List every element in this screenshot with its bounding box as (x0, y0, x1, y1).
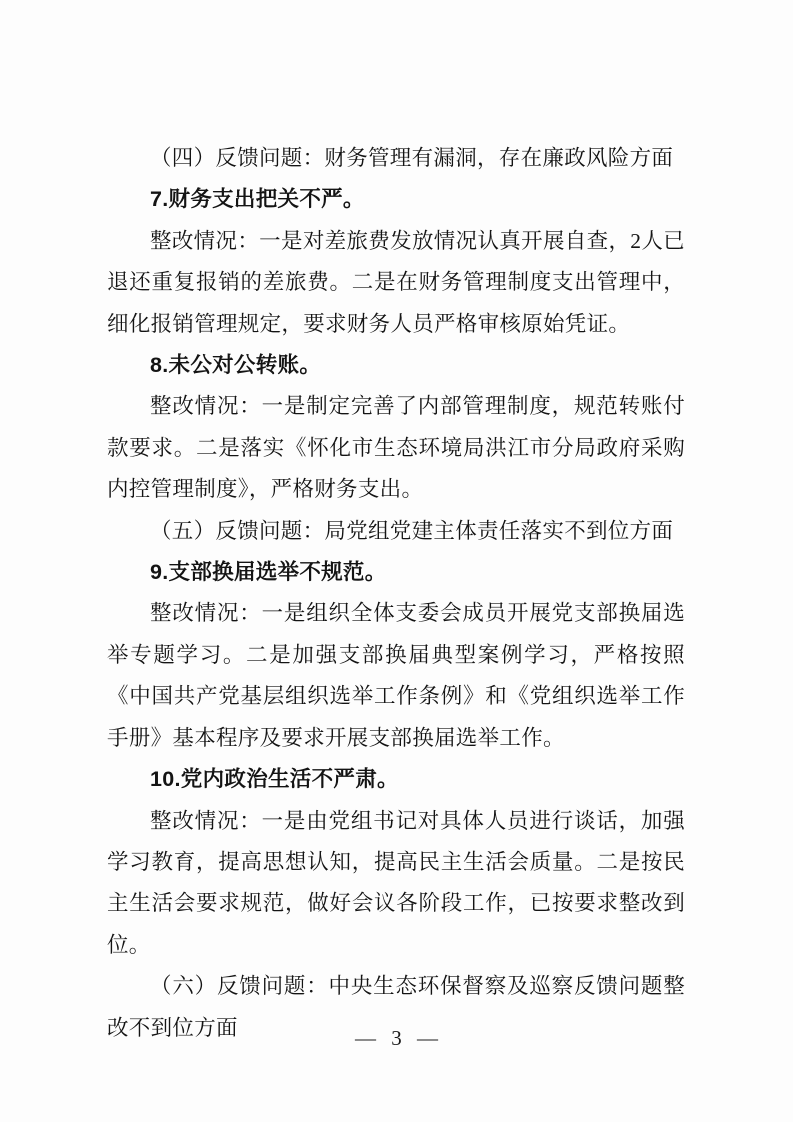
body-paragraph-7: 整改情况：一是对差旅费发放情况认真开展自查，2人已退还重复报销的差旅费。二是在财… (107, 221, 685, 345)
section-heading-5: （五）反馈问题：局党组党建主体责任落实不到位方面 (107, 511, 685, 552)
body-paragraph-8: 整改情况：一是制定完善了内部管理制度，规范转账付款要求。二是落实《怀化市生态环境… (107, 386, 685, 510)
page-number: — 3 — (0, 1024, 793, 1052)
body-paragraph-9: 整改情况：一是组织全体支委会成员开展党支部换届选举专题学习。二是加强支部换届典型… (107, 593, 685, 759)
document-body: （四）反馈问题：财务管理有漏洞，存在廉政风险方面 7.财务支出把关不严。 整改情… (107, 138, 685, 1049)
item-heading-8: 8.未公对公转账。 (107, 345, 685, 386)
section-heading-4: （四）反馈问题：财务管理有漏洞，存在廉政风险方面 (107, 138, 685, 179)
document-page: { "page": { "background_color": "#fdfdfd… (0, 0, 793, 1122)
item-heading-7: 7.财务支出把关不严。 (107, 179, 685, 220)
body-paragraph-10: 整改情况：一是由党组书记对具体人员进行谈话，加强学习教育，提高思想认知，提高民主… (107, 801, 685, 967)
item-heading-10: 10.党内政治生活不严肃。 (107, 759, 685, 800)
page-sheet: （四）反馈问题：财务管理有漏洞，存在廉政风险方面 7.财务支出把关不严。 整改情… (0, 0, 793, 1122)
item-heading-9: 9.支部换届选举不规范。 (107, 552, 685, 593)
